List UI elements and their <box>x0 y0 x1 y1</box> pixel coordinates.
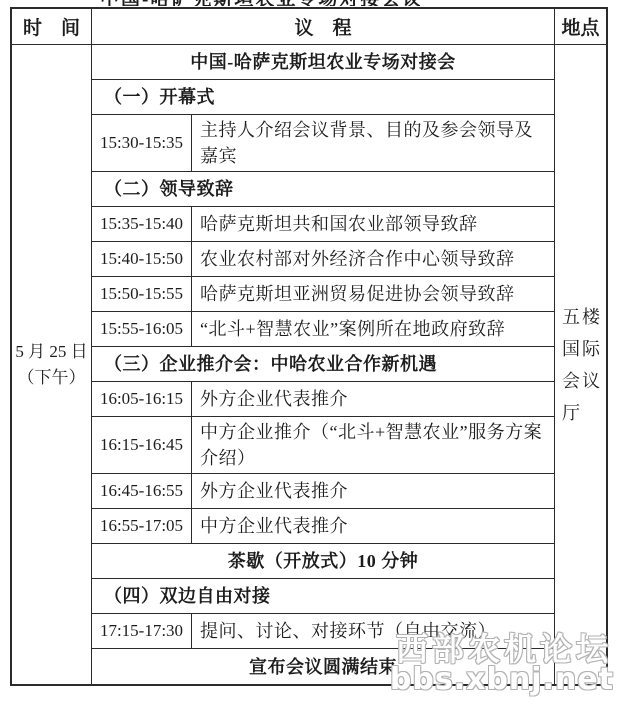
agenda-row-12: 16:55-17:05中方企业代表推介 <box>92 509 554 544</box>
agenda-item-text: （四）双边自由对接 <box>92 579 554 613</box>
time-range: 15:55-16:05 <box>92 312 192 346</box>
agenda-row-10: 16:15-16:45中方企业推介（“北斗+智慧农业”服务方案介绍） <box>92 417 554 474</box>
agenda-item-text: 中方企业推介（“北斗+智慧农业”服务方案介绍） <box>192 417 554 473</box>
agenda-row-0: 中国-哈萨克斯坦农业专场对接会 <box>92 45 554 80</box>
time-range: 16:15-16:45 <box>92 417 192 473</box>
time-range: 15:50-15:55 <box>92 277 192 311</box>
agenda-item-text: 茶歇（开放式）10 分钟 <box>92 544 554 578</box>
agenda-item-text: 外方企业代表推介 <box>192 382 554 416</box>
agenda-document-page: 中国-哈萨克斯坦农业专场对接会议程 时 间 议 程 地点 5 月 25 日 （下… <box>0 0 620 708</box>
cutoff-text: 中国-哈萨克斯坦农业专场对接会议程 <box>100 0 420 6</box>
agenda-table: 时 间 议 程 地点 5 月 25 日 （下午） 中国-哈萨克斯坦农业专场对接会… <box>10 7 608 686</box>
agenda-item-text: 外方企业代表推介 <box>192 474 554 508</box>
location-cell: 五楼国际会议厅 <box>555 45 606 684</box>
agenda-row-3: （二）领导致辞 <box>92 172 554 207</box>
agenda-row-4: 15:35-15:40哈萨克斯坦共和国农业部领导致辞 <box>92 207 554 242</box>
agenda-row-5: 15:40-15:50农业农村部对外经济合作中心领导致辞 <box>92 242 554 277</box>
time-range: 15:30-15:35 <box>92 115 192 171</box>
table-body: 5 月 25 日 （下午） 中国-哈萨克斯坦农业专场对接会（一）开幕式15:30… <box>12 45 606 684</box>
time-range: 16:05-16:15 <box>92 382 192 416</box>
agenda-item-text: （三）企业推介会：中哈农业合作新机遇 <box>92 347 554 381</box>
agenda-row-14: （四）双边自由对接 <box>92 579 554 614</box>
date-line-2: （下午） <box>18 365 86 391</box>
time-range: 15:35-15:40 <box>92 207 192 241</box>
agenda-item-text: 农业农村部对外经济合作中心领导致辞 <box>192 242 554 276</box>
agenda-item-text: 中国-哈萨克斯坦农业专场对接会 <box>92 45 554 79</box>
agenda-item-text: 哈萨克斯坦亚洲贸易促进协会领导致辞 <box>192 277 554 311</box>
time-range: 16:55-17:05 <box>92 509 192 543</box>
time-range: 15:40-15:50 <box>92 242 192 276</box>
cutoff-text-line: 中国-哈萨克斯坦农业专场对接会议程 <box>100 0 420 6</box>
agenda-row-2: 15:30-15:35主持人介绍会议背景、目的及参会领导及嘉宾 <box>92 115 554 172</box>
agenda-rows-container: 中国-哈萨克斯坦农业专场对接会（一）开幕式15:30-15:35主持人介绍会议背… <box>92 45 555 684</box>
agenda-row-9: 16:05-16:15外方企业代表推介 <box>92 382 554 417</box>
date-line-1: 5 月 25 日 <box>15 339 87 365</box>
agenda-item-text: “北斗+智慧农业”案例所在地政府致辞 <box>192 312 554 346</box>
agenda-row-8: （三）企业推介会：中哈农业合作新机遇 <box>92 347 554 382</box>
time-range: 16:45-16:55 <box>92 474 192 508</box>
header-time: 时 间 <box>12 9 92 44</box>
agenda-row-6: 15:50-15:55哈萨克斯坦亚洲贸易促进协会领导致辞 <box>92 277 554 312</box>
agenda-row-1: （一）开幕式 <box>92 80 554 115</box>
agenda-item-text: 主持人介绍会议背景、目的及参会领导及嘉宾 <box>192 115 554 171</box>
time-range: 17:15-17:30 <box>92 614 192 648</box>
agenda-item-text: （一）开幕式 <box>92 80 554 114</box>
date-cell: 5 月 25 日 （下午） <box>12 45 92 684</box>
agenda-item-text: 哈萨克斯坦共和国农业部领导致辞 <box>192 207 554 241</box>
agenda-row-11: 16:45-16:55外方企业代表推介 <box>92 474 554 509</box>
agenda-item-text: 中方企业代表推介 <box>192 509 554 543</box>
header-agenda: 议 程 <box>92 9 555 44</box>
forum-watermark-url: bbs.xbnj.net <box>390 662 614 697</box>
agenda-item-text: （二）领导致辞 <box>92 172 554 206</box>
location-text: 五楼国际会议厅 <box>562 301 606 429</box>
table-header-row: 时 间 议 程 地点 <box>12 9 606 45</box>
agenda-row-7: 15:55-16:05“北斗+智慧农业”案例所在地政府致辞 <box>92 312 554 347</box>
header-location: 地点 <box>555 9 606 44</box>
agenda-row-13: 茶歇（开放式）10 分钟 <box>92 544 554 579</box>
